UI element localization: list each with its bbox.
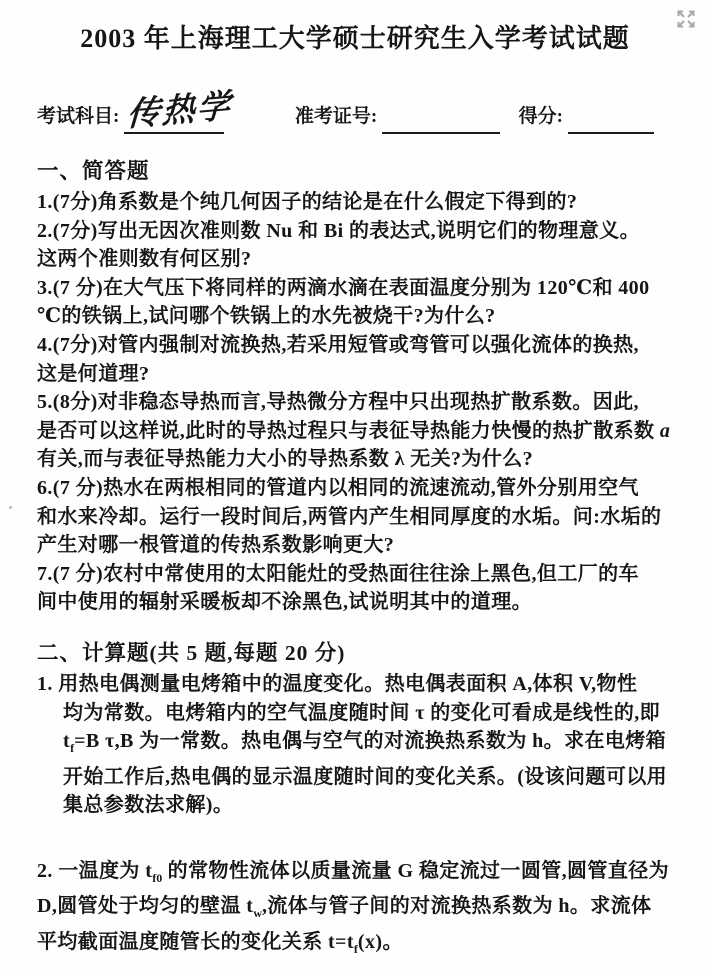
text-segment: a: [660, 420, 670, 442]
question-block: 1.(7分)角系数是个纯几何因子的结论是在什么假定下得到的?2.(7分)写出无因…: [37, 188, 674, 617]
text-segment: 这是何道理?: [37, 363, 149, 385]
diagonal-arrows-out-glyph: [675, 8, 697, 30]
text-segment: 开始工作后,热电偶的显示温度随时间的变化关系。(设该问题可以用: [63, 766, 667, 788]
scan-artifact-dot: [200, 941, 203, 944]
text-line: 平均截面温度随管长的变化关系 t=tf(x)。: [37, 928, 674, 964]
text-segment: 平均截面温度随管长的变化关系 t=t: [37, 931, 354, 953]
text-segment: =B τ,B 为一常数。热电偶与空气的对流换热系数为 h。求在电烤箱: [74, 730, 666, 752]
text-line: D,圆管处于均匀的壁温 tw,流体与管子间的对流换热系数为 h。求流体: [37, 892, 674, 928]
text-line: 有关,而与表征导热能力大小的导热系数 λ 无关?为什么?: [37, 445, 674, 474]
text-line: 这两个准则数有何区别?: [37, 245, 674, 274]
text-segment: t: [63, 730, 70, 752]
text-line: 6.(7 分)热水在两根相同的管道内以相同的流速流动,管外分别用空气: [37, 474, 674, 503]
subscript-text: w: [253, 906, 262, 920]
section-heading: 二、计算题(共 5 题,每题 20 分): [37, 638, 674, 668]
text-line: 均为常数。电烤箱内的空气温度随时间 τ 的变化可看成是线性的,即: [37, 699, 674, 728]
text-segment: 这两个准则数有何区别?: [37, 248, 251, 270]
text-line: 7.(7 分)农村中常使用的太阳能灶的受热面往往涂上黑色,但工厂的车: [37, 560, 674, 589]
text-segment: 5.(8分)对非稳态导热而言,导热微分方程中只出现热扩散系数。因此,: [37, 391, 639, 413]
text-segment: 是否可以这样说,此时的导热过程只与表征导热能力快慢的热扩散系数: [37, 420, 660, 442]
subject-label: 考试科目:: [37, 100, 119, 134]
text-line: 这是何道理?: [37, 360, 674, 389]
question-block: 1. 用热电偶测量电烤箱中的温度变化。热电偶表面积 A,体积 V,物性均为常数。…: [37, 670, 674, 820]
text-line: 3.(7 分)在大气压下将同样的两滴水滴在表面温度分别为 120℃和 400: [37, 274, 674, 303]
admission-number-blank-line: [382, 100, 500, 134]
subject-blank-line: 传热学: [124, 100, 224, 134]
text-line: 2. 一温度为 tf0 的常物性流体以质量流量 G 稳定流过一圆管,圆管直径为: [37, 857, 674, 893]
score-label: 得分:: [519, 100, 563, 134]
exam-header-fields: 考试科目: 传热学 准考证号: 得分:: [37, 100, 710, 140]
text-segment: ℃的铁锅上,试问哪个铁锅上的水先被烧干?为什么?: [37, 305, 496, 327]
text-line: 和水来冷却。运行一段时间后,两管内产生相同厚度的水垢。问:水垢的: [37, 503, 674, 532]
fullscreen-expand-icon[interactable]: [675, 8, 697, 30]
subscript-text: f0: [152, 871, 162, 885]
text-line: 产生对哪一根管道的传热系数影响更大?: [37, 531, 674, 560]
text-segment: 间中使用的辐射采暖板却不涂黑色,试说明其中的道理。: [37, 591, 532, 613]
scanned-exam-page: 2003 年上海理工大学硕士研究生入学考试试题 考试科目: 传热学 准考证号: …: [0, 0, 710, 974]
text-line: 5.(8分)对非稳态导热而言,导热微分方程中只出现热扩散系数。因此,: [37, 388, 674, 417]
text-line: tf=B τ,B 为一常数。热电偶与空气的对流换热系数为 h。求在电烤箱: [37, 727, 674, 763]
text-segment: 的常物性流体以质量流量 G 稳定流过一圆管,圆管直径为: [162, 860, 669, 882]
text-line: 4.(7分)对管内强制对流换热,若采用短管或弯管可以强化流体的换热,: [37, 331, 674, 360]
text-segment: 7.(7 分)农村中常使用的太阳能灶的受热面往往涂上黑色,但工厂的车: [37, 563, 639, 585]
text-segment: 2.(7分)写出无因次准则数 Nu 和 Bi 的表达式,说明它们的物理意义。: [37, 220, 640, 242]
question-block: 2. 一温度为 tf0 的常物性流体以质量流量 G 稳定流过一圆管,圆管直径为D…: [37, 857, 674, 964]
page-title: 2003 年上海理工大学硕士研究生入学考试试题: [40, 22, 670, 56]
text-segment: 6.(7 分)热水在两根相同的管道内以相同的流速流动,管外分别用空气: [37, 477, 639, 499]
text-segment: 1. 用热电偶测量电烤箱中的温度变化。热电偶表面积 A,体积 V,物性: [37, 673, 637, 695]
text-segment: (x)。: [358, 931, 403, 953]
scan-artifact-dot: [9, 506, 12, 509]
text-segment: 集总参数法求解)。: [63, 794, 233, 816]
subject-handwritten-value: 传热学: [126, 79, 233, 136]
section-2: 二、计算题(共 5 题,每题 20 分)1. 用热电偶测量电烤箱中的温度变化。热…: [37, 638, 674, 964]
section-1: 一、简答题1.(7分)角系数是个纯几何因子的结论是在什么假定下得到的?2.(7分…: [37, 156, 674, 617]
text-segment: 均为常数。电烤箱内的空气温度随时间 τ 的变化可看成是线性的,即: [63, 702, 660, 724]
text-line: 开始工作后,热电偶的显示温度随时间的变化关系。(设该问题可以用: [37, 763, 674, 792]
text-line: 2.(7分)写出无因次准则数 Nu 和 Bi 的表达式,说明它们的物理意义。: [37, 217, 674, 246]
text-line: 集总参数法求解)。: [37, 791, 674, 820]
admission-number-label: 准考证号:: [295, 100, 377, 134]
text-line: 1.(7分)角系数是个纯几何因子的结论是在什么假定下得到的?: [37, 188, 674, 217]
text-line: 间中使用的辐射采暖板却不涂黑色,试说明其中的道理。: [37, 588, 674, 617]
text-line: 1. 用热电偶测量电烤箱中的温度变化。热电偶表面积 A,体积 V,物性: [37, 670, 674, 699]
text-segment: 2. 一温度为 t: [37, 860, 152, 882]
text-segment: 产生对哪一根管道的传热系数影响更大?: [37, 534, 394, 556]
text-segment: 4.(7分)对管内强制对流换热,若采用短管或弯管可以强化流体的换热,: [37, 334, 639, 356]
text-line: 是否可以这样说,此时的导热过程只与表征导热能力快慢的热扩散系数 a: [37, 417, 674, 446]
exam-body: 一、简答题1.(7分)角系数是个纯几何因子的结论是在什么假定下得到的?2.(7分…: [37, 156, 674, 964]
text-segment: D,圆管处于均匀的壁温 t: [37, 895, 253, 917]
text-segment: ,流体与管子间的对流换热系数为 h。求流体: [262, 895, 652, 917]
section-heading: 一、简答题: [37, 156, 674, 186]
text-segment: 3.(7 分)在大气压下将同样的两滴水滴在表面温度分别为 120℃和 400: [37, 277, 650, 299]
text-segment: 1.(7分)角系数是个纯几何因子的结论是在什么假定下得到的?: [37, 191, 577, 213]
text-segment: 和水来冷却。运行一段时间后,两管内产生相同厚度的水垢。问:水垢的: [37, 506, 661, 528]
text-line: ℃的铁锅上,试问哪个铁锅上的水先被烧干?为什么?: [37, 302, 674, 331]
text-segment: 有关,而与表征导热能力大小的导热系数 λ 无关?为什么?: [37, 448, 533, 470]
score-blank-line: [568, 100, 654, 134]
